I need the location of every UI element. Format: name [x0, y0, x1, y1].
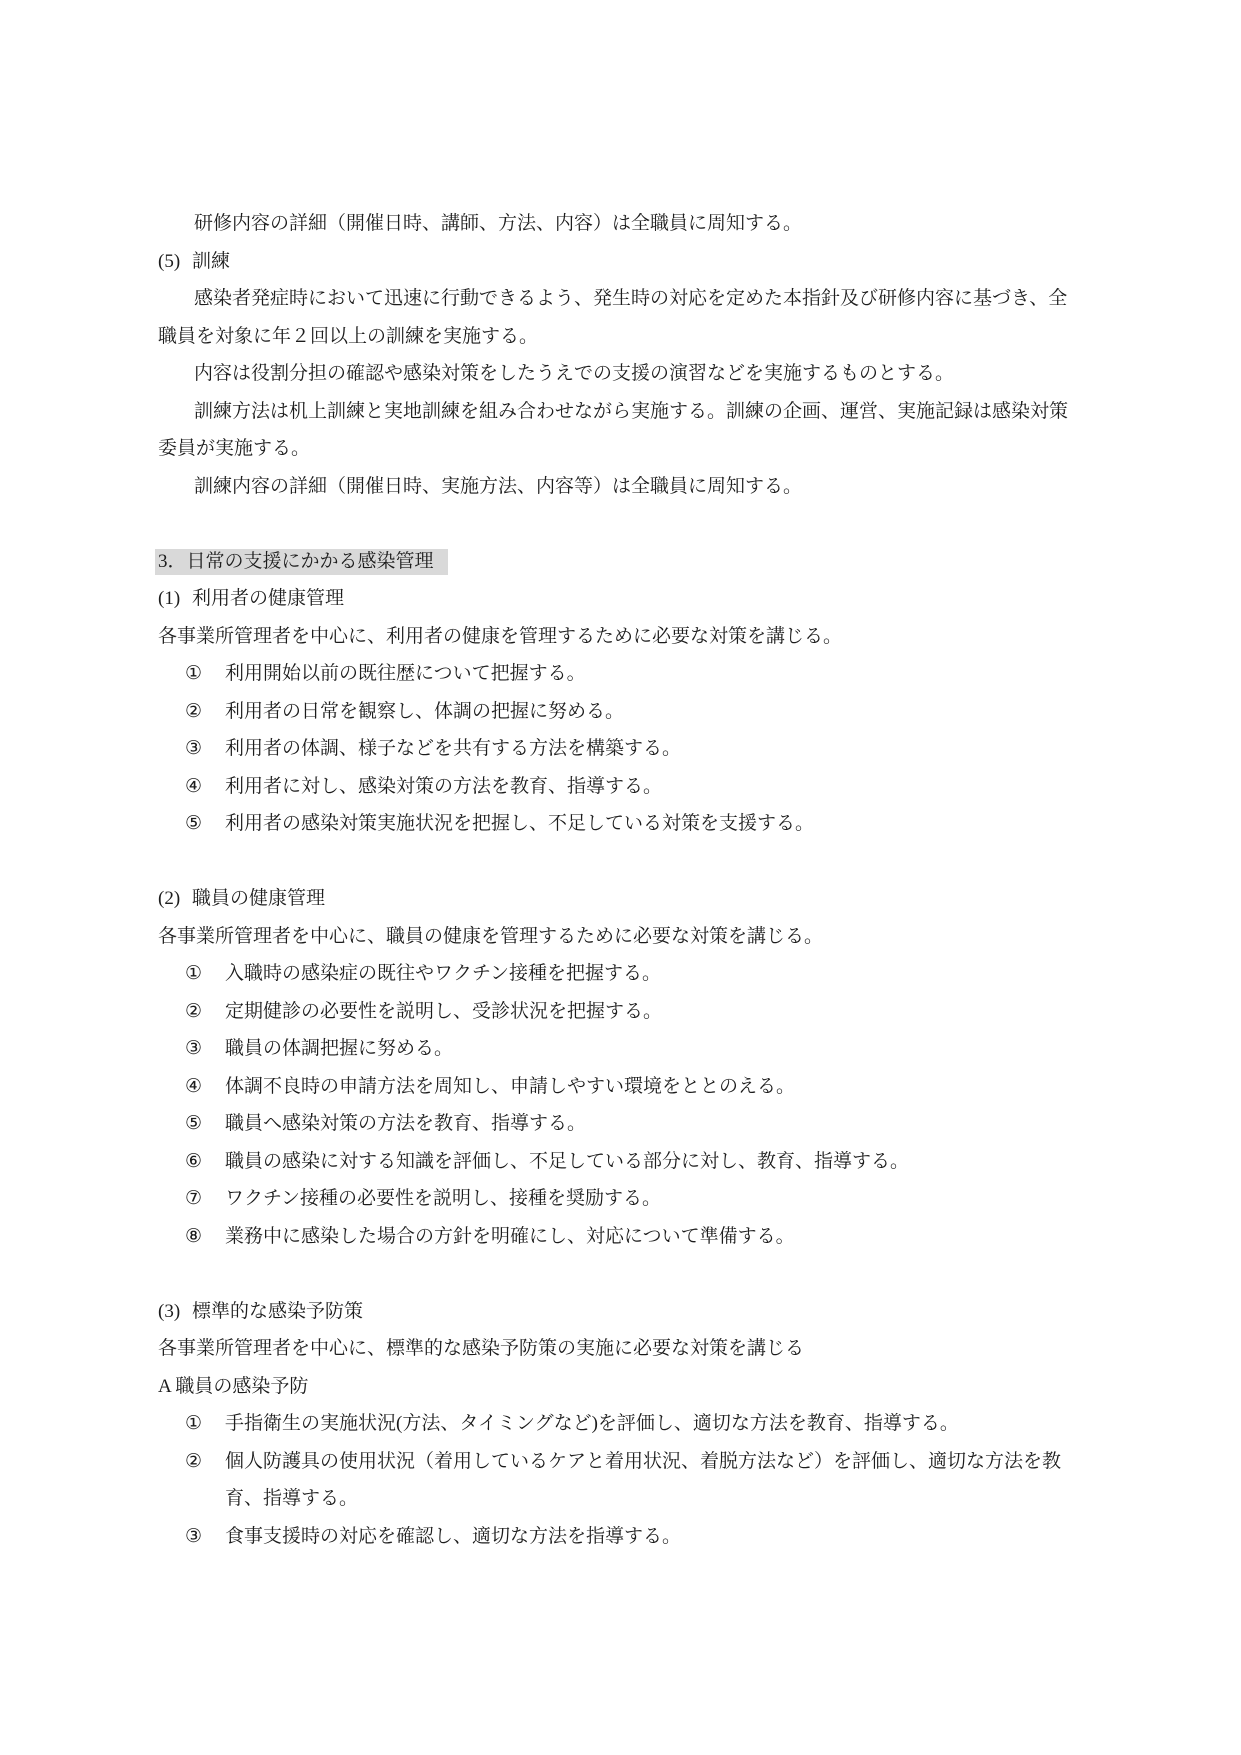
- list-item: ③ 利用者の体調、様子などを共有する方法を構築する。: [158, 730, 1151, 768]
- paragraph-training-frequency: 感染者発症時において迅速に行動できるよう、発生時の対応を定めた本指針及び研修内容…: [158, 280, 1151, 355]
- item-number: ②: [185, 1443, 225, 1518]
- item-text: 食事支援時の対応を確認し、適切な方法を指導する。: [225, 1518, 1151, 1556]
- list-item: ⑥ 職員の感染に対する知識を評価し、不足している部分に対し、教育、指導する。: [158, 1143, 1151, 1181]
- subsection-1-number: (1): [158, 580, 192, 618]
- item-text: 利用者の感染対策実施状況を把握し、不足している対策を支援する。: [225, 805, 1151, 843]
- item-text: 利用者の日常を観察し、体調の把握に努める。: [225, 693, 1151, 731]
- item-text: 職員の体調把握に努める。: [225, 1030, 1151, 1068]
- list-item: ② 定期健診の必要性を説明し、受診状況を把握する。: [158, 993, 1151, 1031]
- item-number: ①: [185, 655, 225, 693]
- list-item: ① 入職時の感染症の既往やワクチン接種を把握する。: [158, 955, 1151, 993]
- subsection-1-intro: 各事業所管理者を中心に、利用者の健康を管理するために必要な対策を講じる。: [158, 618, 1151, 656]
- subsection-2-heading: (2) 職員の健康管理: [158, 880, 1151, 918]
- subsection-1-title: 利用者の健康管理: [192, 580, 344, 618]
- section-3-heading: 3．日常の支援にかかる感染管理: [158, 543, 1151, 581]
- item-text: 職員の感染に対する知識を評価し、不足している部分に対し、教育、指導する。: [225, 1143, 1151, 1181]
- paragraph-training-content: 内容は役割分担の確認や感染対策をしたうえでの支援の演習などを実施するものとする。: [158, 355, 1151, 393]
- document-page: 研修内容の詳細（開催日時、講師、方法、内容）は全職員に周知する。 (5) 訓練 …: [0, 0, 1241, 1755]
- spacer: [158, 505, 1151, 543]
- spacer: [158, 843, 1151, 881]
- group-a-label: A 職員の感染予防: [158, 1368, 1151, 1406]
- subsection-2-intro: 各事業所管理者を中心に、職員の健康を管理するために必要な対策を講じる。: [158, 918, 1151, 956]
- item-number: ③: [185, 730, 225, 768]
- paragraph-training-method: 訓練方法は机上訓練と実地訓練を組み合わせながら実施する。訓練の企画、運営、実施記…: [158, 393, 1151, 468]
- subsection-3-number: (3): [158, 1293, 192, 1331]
- section-5-title: 訓練: [192, 243, 230, 281]
- item-number: ⑦: [185, 1180, 225, 1218]
- item-text: 職員へ感染対策の方法を教育、指導する。: [225, 1105, 1151, 1143]
- paragraph-training-detail: 訓練内容の詳細（開催日時、実施方法、内容等）は全職員に周知する。: [158, 468, 1151, 506]
- section-3-heading-text: 3．日常の支援にかかる感染管理: [155, 549, 448, 575]
- list-item: ③ 食事支援時の対応を確認し、適切な方法を指導する。: [158, 1518, 1151, 1556]
- list-item: ② 利用者の日常を観察し、体調の把握に努める。: [158, 693, 1151, 731]
- list-item: ⑤ 利用者の感染対策実施状況を把握し、不足している対策を支援する。: [158, 805, 1151, 843]
- item-number: ⑧: [185, 1218, 225, 1256]
- item-text: ワクチン接種の必要性を説明し、接種を奨励する。: [225, 1180, 1151, 1218]
- item-number: ④: [185, 768, 225, 806]
- item-number: ③: [185, 1518, 225, 1556]
- list-item: ① 手指衛生の実施状況(方法、タイミングなど)を評価し、適切な方法を教育、指導す…: [158, 1405, 1151, 1443]
- item-text: 体調不良時の申請方法を周知し、申請しやすい環境をととのえる。: [225, 1068, 1151, 1106]
- item-number: ⑤: [185, 805, 225, 843]
- item-text: 入職時の感染症の既往やワクチン接種を把握する。: [225, 955, 1151, 993]
- list-item: ① 利用開始以前の既往歴について把握する。: [158, 655, 1151, 693]
- item-number: ④: [185, 1068, 225, 1106]
- paragraph-training-notice: 研修内容の詳細（開催日時、講師、方法、内容）は全職員に周知する。: [158, 205, 1151, 243]
- item-number: ⑤: [185, 1105, 225, 1143]
- item-text: 手指衛生の実施状況(方法、タイミングなど)を評価し、適切な方法を教育、指導する。: [225, 1405, 1151, 1443]
- section-5-heading: (5) 訓練: [158, 243, 1151, 281]
- subsection-3-heading: (3) 標準的な感染予防策: [158, 1293, 1151, 1331]
- list-item: ② 個人防護具の使用状況（着用しているケアと着用状況、着脱方法など）を評価し、適…: [158, 1443, 1151, 1518]
- subsection-3-title: 標準的な感染予防策: [192, 1293, 363, 1331]
- item-text: 利用開始以前の既往歴について把握する。: [225, 655, 1151, 693]
- spacer: [158, 1255, 1151, 1293]
- list-item: ④ 利用者に対し、感染対策の方法を教育、指導する。: [158, 768, 1151, 806]
- list-item: ④ 体調不良時の申請方法を周知し、申請しやすい環境をととのえる。: [158, 1068, 1151, 1106]
- subsection-2-number: (2): [158, 880, 192, 918]
- item-text: 個人防護具の使用状況（着用しているケアと着用状況、着脱方法など）を評価し、適切な…: [225, 1443, 1151, 1518]
- item-number: ①: [185, 955, 225, 993]
- list-item: ③ 職員の体調把握に努める。: [158, 1030, 1151, 1068]
- list-item: ⑧ 業務中に感染した場合の方針を明確にし、対応について準備する。: [158, 1218, 1151, 1256]
- subsection-1-heading: (1) 利用者の健康管理: [158, 580, 1151, 618]
- item-number: ①: [185, 1405, 225, 1443]
- item-number: ③: [185, 1030, 225, 1068]
- section-5-number: (5): [158, 243, 192, 281]
- list-item: ⑦ ワクチン接種の必要性を説明し、接種を奨励する。: [158, 1180, 1151, 1218]
- subsection-3-intro: 各事業所管理者を中心に、標準的な感染予防策の実施に必要な対策を講じる: [158, 1330, 1151, 1368]
- subsection-2-title: 職員の健康管理: [192, 880, 325, 918]
- item-text: 利用者の体調、様子などを共有する方法を構築する。: [225, 730, 1151, 768]
- item-number: ②: [185, 693, 225, 731]
- item-text: 定期健診の必要性を説明し、受診状況を把握する。: [225, 993, 1151, 1031]
- list-item: ⑤ 職員へ感染対策の方法を教育、指導する。: [158, 1105, 1151, 1143]
- item-number: ②: [185, 993, 225, 1031]
- item-number: ⑥: [185, 1143, 225, 1181]
- item-text: 業務中に感染した場合の方針を明確にし、対応について準備する。: [225, 1218, 1151, 1256]
- item-text: 利用者に対し、感染対策の方法を教育、指導する。: [225, 768, 1151, 806]
